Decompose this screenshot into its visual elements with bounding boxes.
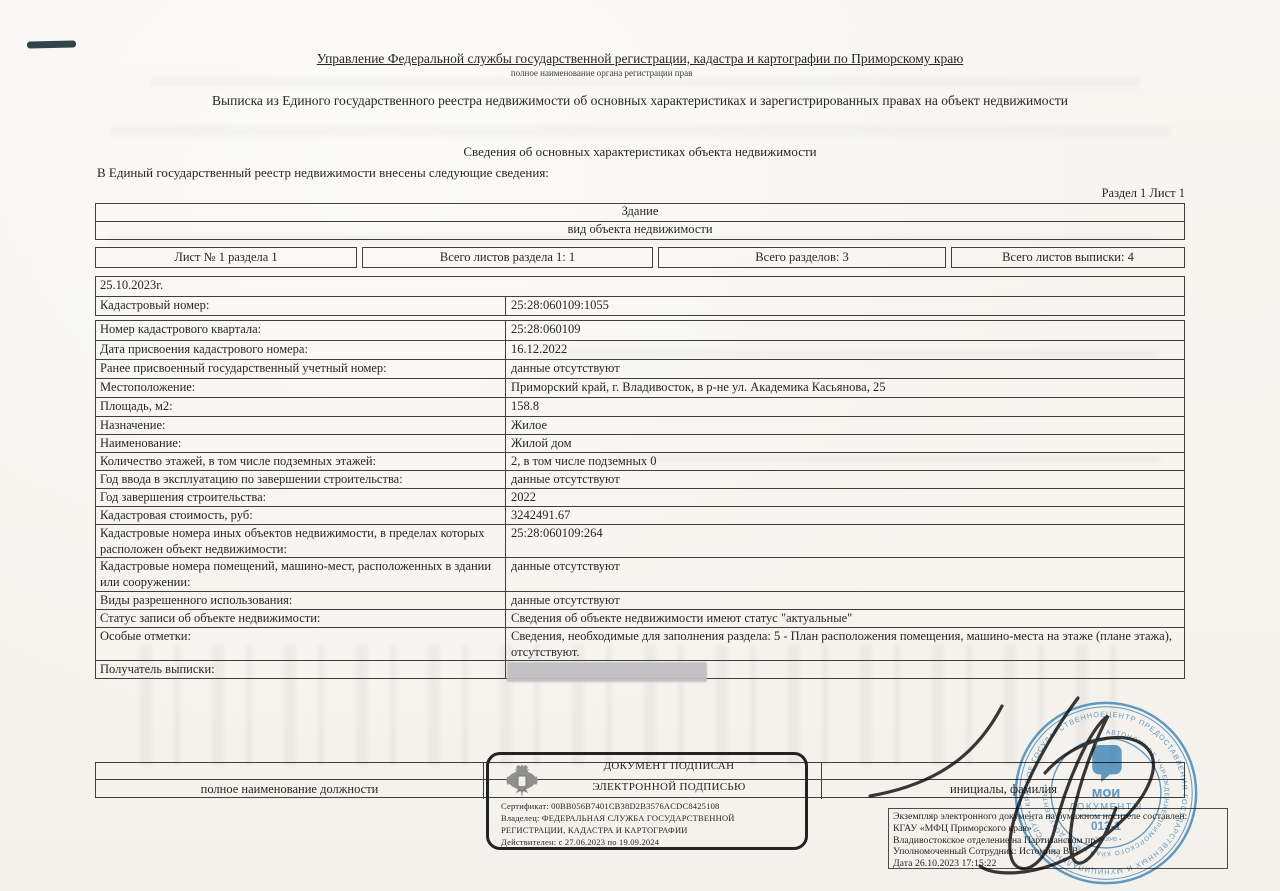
- row-value: Приморский край, г. Владивосток, в р-не …: [506, 379, 1184, 397]
- bleedthrough-line: [150, 78, 1140, 87]
- row-label: Количество этажей, в том числе подземных…: [96, 453, 506, 470]
- row-label: Особые отметки:: [96, 628, 506, 660]
- scan-ink-mark: [27, 40, 76, 48]
- table-row: Виды разрешенного использования:данные о…: [96, 591, 1184, 609]
- position-caption: полное наименование должности: [96, 781, 483, 799]
- date-cadastral-table: 25.10.2023г. Кадастровый номер: 25:28:06…: [95, 276, 1185, 316]
- sheet-info-cell: Всего разделов: 3: [658, 247, 946, 268]
- table-row: Номер кадастрового квартала:25:28:060109: [96, 321, 1184, 340]
- row-label: Наименование:: [96, 435, 506, 452]
- sheet-info-row: Лист № 1 раздела 1 Всего листов раздела …: [95, 247, 1185, 268]
- bleedthrough-line: [110, 126, 1170, 136]
- scanned-document-page: Управление Федеральной службы государств…: [0, 0, 1280, 891]
- certificate-line: Сертификат: 00BB056B7401CB38D2B3576ACDC8…: [501, 801, 801, 811]
- row-label: Статус записи об объекте недвижимости:: [96, 610, 506, 627]
- redacted-recipient-value: [507, 662, 707, 682]
- row-label: Ранее присвоенный государственный учетны…: [96, 360, 506, 378]
- section-title: Сведения об основных характеристиках объ…: [0, 144, 1280, 160]
- table-row: Кадастровые номера иных объектов недвижи…: [96, 524, 1184, 557]
- table-row: Местоположение:Приморский край, г. Влади…: [96, 378, 1184, 397]
- mfc-line-2: КГАУ «МФЦ Приморского края»: [893, 823, 1223, 835]
- row-value: Жилой дом: [506, 435, 1184, 452]
- table-row: Назначение:Жилое: [96, 416, 1184, 434]
- stamp-line-1: ДОКУМЕНТ ПОДПИСАН: [541, 760, 797, 772]
- extract-date: 25.10.2023г.: [96, 277, 1184, 296]
- sheet-info-cell: Лист № 1 раздела 1: [95, 247, 357, 268]
- row-label: Назначение:: [96, 417, 506, 434]
- object-type-row: Здание: [96, 204, 1184, 221]
- table-row: Ранее присвоенный государственный учетны…: [96, 359, 1184, 378]
- row-value: 2, в том числе подземных 0: [506, 453, 1184, 470]
- table-row: Год завершения строительства:2022: [96, 488, 1184, 506]
- object-type-value: Здание: [622, 204, 659, 221]
- row-value: Сведения, необходимые для заполнения раз…: [506, 628, 1184, 660]
- row-value: 16.12.2022: [506, 341, 1184, 359]
- row-value: данные отсутствуют: [506, 592, 1184, 609]
- table-divider: [483, 763, 484, 799]
- row-label: Кадастровые номера помещений, машино-мес…: [96, 558, 506, 591]
- row-value: 25:28:060109: [506, 321, 1184, 340]
- digital-signature-stamp: ДОКУМЕНТ ПОДПИСАН ЭЛЕКТРОННОЙ ПОДПИСЬЮ С…: [486, 752, 808, 850]
- object-type-caption-row: вид объекта недвижимости: [96, 221, 1184, 239]
- row-value: 158.8: [506, 398, 1184, 416]
- section-page-label: Раздел 1 Лист 1: [1102, 186, 1185, 201]
- row-value: 25:28:060109:264: [506, 525, 1184, 557]
- row-label: Виды разрешенного использования:: [96, 592, 506, 609]
- row-label: Кадастровые номера иных объектов недвижи…: [96, 525, 506, 557]
- table-row: Наименование:Жилой дом: [96, 434, 1184, 452]
- row-label: Площадь, м2:: [96, 398, 506, 416]
- document-title: Выписка из Единого государственного реес…: [0, 93, 1280, 109]
- cadastral-number-value: 25:28:060109:1055: [506, 297, 1184, 315]
- intro-line: В Единый государственный реестр недвижим…: [97, 165, 549, 181]
- row-value: данные отсутствуют: [506, 558, 1184, 591]
- row-label: Получатель выписки:: [96, 661, 506, 678]
- characteristics-table: Номер кадастрового квартала:25:28:060109…: [95, 320, 1185, 679]
- row-label: Местоположение:: [96, 379, 506, 397]
- row-label: Год завершения строительства:: [96, 489, 506, 506]
- row-label: Дата присвоения кадастрового номера:: [96, 341, 506, 359]
- table-row: Количество этажей, в том числе подземных…: [96, 452, 1184, 470]
- mfc-line-5: Дата 26.10.2023 17:15:22: [893, 858, 1223, 870]
- table-row: Особые отметки:Сведения, необходимые для…: [96, 627, 1184, 660]
- row-label: Номер кадастрового квартала:: [96, 321, 506, 340]
- table-row: Статус записи об объекте недвижимости:Св…: [96, 609, 1184, 627]
- registration-authority-title: Управление Федеральной службы государств…: [0, 51, 1280, 67]
- row-value: 2022: [506, 489, 1184, 506]
- table-row: Кадастровые номера помещений, машино-мес…: [96, 557, 1184, 591]
- mfc-line-4: Уполномоченный Сотрудник: Истомина В.В: [893, 846, 1223, 858]
- object-type-table: Здание вид объекта недвижимости: [95, 203, 1185, 240]
- row-value: Сведения об объекте недвижимости имеют с…: [506, 610, 1184, 627]
- mfc-copy-block: Экземпляр электронного документа на бума…: [888, 808, 1228, 869]
- name-caption: инициалы, фамилия: [821, 781, 1186, 799]
- row-label: Год ввода в эксплуатацию по завершении с…: [96, 471, 506, 488]
- sheet-info-cell: Всего листов раздела 1: 1: [362, 247, 653, 268]
- table-row: Дата присвоения кадастрового номера:16.1…: [96, 340, 1184, 359]
- stamp-line-2: ЭЛЕКТРОННОЙ ПОДПИСЬЮ: [541, 781, 797, 793]
- object-type-caption: вид объекта недвижимости: [567, 222, 712, 239]
- row-value: данные отсутствуют: [506, 471, 1184, 488]
- owner-line-1: Владелец: ФЕДЕРАЛЬНАЯ СЛУЖБА ГОСУДАРСТВЕ…: [501, 813, 801, 823]
- validity-line: Действителен: с 27.06.2023 по 19.09.2024: [501, 837, 801, 847]
- eagle-emblem-icon: [505, 758, 539, 802]
- sheet-info-cell: Всего листов выписки: 4: [951, 247, 1185, 268]
- owner-line-2: РЕГИСТРАЦИИ, КАДАСТРА И КАРТОГРАФИИ: [501, 825, 801, 835]
- row-value: Жилое: [506, 417, 1184, 434]
- mfc-line-3: Владивостокское отделение на Партизанско…: [893, 835, 1223, 847]
- table-row: Кадастровая стоимость, руб:3242491.67: [96, 506, 1184, 524]
- extract-date-row: 25.10.2023г.: [96, 277, 1184, 296]
- table-row: Площадь, м2:158.8: [96, 397, 1184, 416]
- cadastral-number-row: Кадастровый номер: 25:28:060109:1055: [96, 296, 1184, 315]
- authority-caption: полное наименование органа регистрации п…: [0, 68, 1203, 78]
- row-value: данные отсутствуют: [506, 360, 1184, 378]
- cadastral-number-label: Кадастровый номер:: [96, 297, 506, 315]
- mfc-line-1: Экземпляр электронного документа на бума…: [893, 811, 1223, 823]
- row-label: Кадастровая стоимость, руб:: [96, 507, 506, 524]
- table-row: Год ввода в эксплуатацию по завершении с…: [96, 470, 1184, 488]
- row-value: 3242491.67: [506, 507, 1184, 524]
